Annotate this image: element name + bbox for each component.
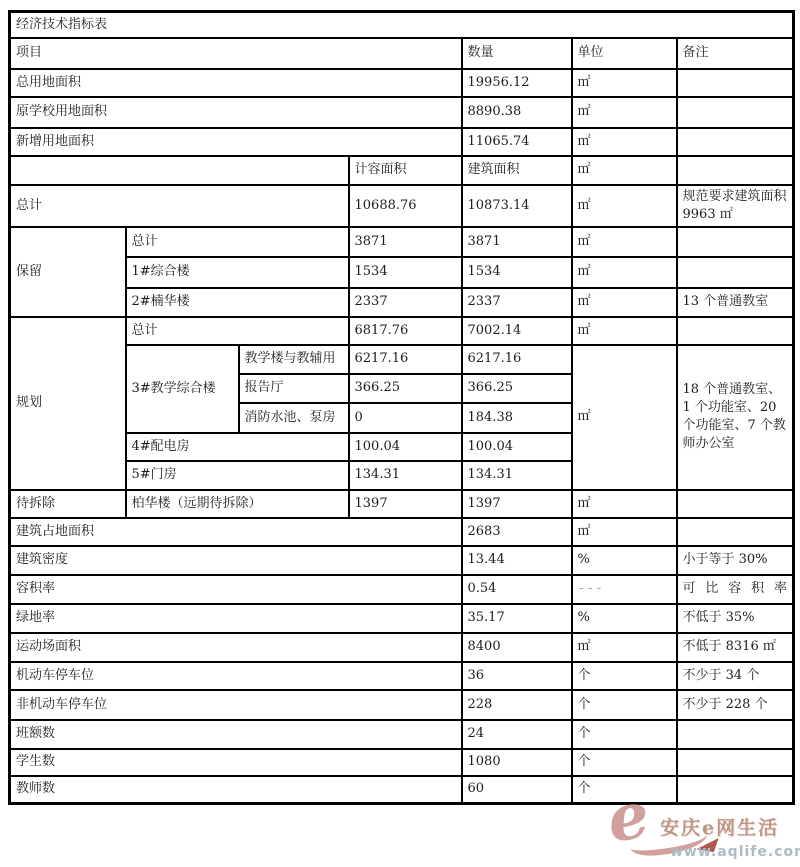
table-cell: 不少于 228 个 [677, 690, 794, 720]
table-cell: 60 [462, 776, 572, 804]
table-row: 总计10688.7610873.14㎡规范要求建筑面积 9963 ㎡ [10, 185, 794, 227]
col-header-unit: 单位 [572, 38, 677, 69]
table-cell: 教学楼与教辅用 [239, 345, 349, 374]
watermark-site-url: www.aqlife.com [670, 844, 800, 860]
table-cell [677, 749, 794, 776]
table-cell: 非机动车停车位 [10, 690, 462, 720]
indicators-table: 经济技术指标表项目数量单位备注总用地面积19956.12㎡原学校用地面积8890… [8, 10, 795, 805]
page: { "table": { "title": "经济技术指标表", "unit_a… [0, 0, 800, 867]
table-cell: ㎡ [572, 156, 677, 185]
section-label-to-demolish: 待拆除 [10, 490, 126, 518]
table-cell: 366.25 [462, 374, 572, 403]
table-row: 3#教学综合楼教学楼与教辅用6217.166217.16㎡18 个普通教室、1 … [10, 345, 794, 374]
table-cell: 1#综合楼 [126, 257, 349, 288]
table-cell: 1080 [462, 749, 572, 776]
table-cell: ㎡ [572, 345, 677, 490]
table-cell: 班额数 [10, 720, 462, 749]
table-cell: ㎡ [572, 288, 677, 317]
table-cell: 2337 [462, 288, 572, 317]
col-header-quantity: 数量 [462, 38, 572, 69]
table-cell: 个 [572, 720, 677, 749]
table-cell: 10688.76 [349, 185, 462, 227]
table-cell [677, 97, 794, 128]
table-cell: 1397 [349, 490, 462, 518]
table-cell: 11065.74 [462, 128, 572, 156]
table-cell [677, 317, 794, 345]
table-row: 1#综合楼15341534㎡ [10, 257, 794, 288]
table-cell: 10873.14 [462, 185, 572, 227]
table-cell: 新增用地面积 [10, 128, 462, 156]
table-cell: 不低于 35% [677, 604, 794, 633]
col-header-plot-area: 计容面积 [349, 156, 462, 185]
table-cell: 1534 [462, 257, 572, 288]
table-cell: 100.04 [462, 433, 572, 461]
table-cell [677, 776, 794, 804]
table-cell: ㎡ [572, 518, 677, 546]
table-row: 运动场面积8400㎡不低于 8316 ㎡ [10, 633, 794, 662]
table-row: 班额数24个 [10, 720, 794, 749]
table-cell: 3#教学综合楼 [126, 345, 239, 433]
watermark-arrow-icon [695, 838, 721, 855]
table-cell: ㎡ [572, 97, 677, 128]
table-cell: 原学校用地面积 [10, 97, 462, 128]
table-cell: 个 [572, 776, 677, 804]
table-cell: 0.54 [462, 575, 572, 604]
watermark-site-name: 安庆e网生活 [660, 818, 800, 838]
table-row: 经济技术指标表 [10, 12, 794, 38]
table-cell: 184.38 [462, 403, 572, 433]
table-cell: 规范要求建筑面积 9963 ㎡ [677, 185, 794, 227]
table-cell: 柏华楼（远期待拆除） [126, 490, 349, 518]
table-cell [677, 490, 794, 518]
table-cell: 36 [462, 662, 572, 690]
table-cell: 100.04 [349, 433, 462, 461]
table-cell: 运动场面积 [10, 633, 462, 662]
table-cell: 19956.12 [462, 69, 572, 97]
table-cell: 绿地率 [10, 604, 462, 633]
table-cell: ㎡ [572, 490, 677, 518]
table-cell: 2#楠华楼 [126, 288, 349, 317]
table-cell [677, 257, 794, 288]
table-row: 2#楠华楼23372337㎡13 个普通教室 [10, 288, 794, 317]
table-cell [677, 156, 794, 185]
table-cell: % [572, 604, 677, 633]
table-cell: 7002.14 [462, 317, 572, 345]
table-row: 保留总计38713871㎡ [10, 227, 794, 257]
table-cell: ㎡ [572, 128, 677, 156]
table-row: 非机动车停车位228个不少于 228 个 [10, 690, 794, 720]
table-cell: 3871 [462, 227, 572, 257]
table-cell: 建筑占地面积 [10, 518, 462, 546]
table-cell: 2337 [349, 288, 462, 317]
table-cell: 机动车停车位 [10, 662, 462, 690]
table-title: 经济技术指标表 [10, 12, 794, 38]
table-cell: 134.31 [462, 461, 572, 490]
table-cell [677, 720, 794, 749]
table-cell: 总计 [126, 227, 349, 257]
table-cell: 小于等于 30% [677, 546, 794, 575]
table-cell: --- [572, 575, 677, 604]
table-row: 总用地面积19956.12㎡ [10, 69, 794, 97]
table-cell: 0 [349, 403, 462, 433]
table-row: 新增用地面积11065.74㎡ [10, 128, 794, 156]
section-label-planned: 规划 [10, 317, 126, 490]
table-cell: 35.17 [462, 604, 572, 633]
table-cell [677, 128, 794, 156]
table-cell: ㎡ [572, 633, 677, 662]
table-cell: 6217.16 [462, 345, 572, 374]
table-cell: 8890.38 [462, 97, 572, 128]
table-cell [10, 156, 349, 185]
table-row: 容积率0.54---可 比 容 积 率 [10, 575, 794, 604]
col-header-remark: 备注 [677, 38, 794, 69]
table-row: 计容面积建筑面积㎡ [10, 156, 794, 185]
table-cell: 总计 [126, 317, 349, 345]
table-cell: 228 [462, 690, 572, 720]
table-cell: 建筑密度 [10, 546, 462, 575]
section-label-retained: 保留 [10, 227, 126, 317]
table-cell: 不少于 34 个 [677, 662, 794, 690]
table-cell: 报告厅 [239, 374, 349, 403]
table-cell: 24 [462, 720, 572, 749]
table-cell: ㎡ [572, 69, 677, 97]
table-cell: 个 [572, 662, 677, 690]
indicators-table-body: 经济技术指标表项目数量单位备注总用地面积19956.12㎡原学校用地面积8890… [10, 12, 794, 804]
table-cell: 个 [572, 690, 677, 720]
table-cell: 消防水池、泵房 [239, 403, 349, 433]
table-cell: 不低于 8316 ㎡ [677, 633, 794, 662]
table-cell: ㎡ [572, 227, 677, 257]
table-cell: 容积率 [10, 575, 462, 604]
table-cell [677, 69, 794, 97]
col-header-item: 项目 [10, 38, 462, 69]
table-cell [677, 518, 794, 546]
table-cell: 366.25 [349, 374, 462, 403]
table-row: 绿地率35.17%不低于 35% [10, 604, 794, 633]
table-row: 学生数1080个 [10, 749, 794, 776]
table-cell: 学生数 [10, 749, 462, 776]
table-cell: ㎡ [572, 257, 677, 288]
table-cell: 18 个普通教室、1 个功能室、20 个功能室、7 个教师办公室 [677, 345, 794, 490]
table-cell: 6817.76 [349, 317, 462, 345]
col-header-building-area: 建筑面积 [462, 156, 572, 185]
table-cell: 5#门房 [126, 461, 349, 490]
table-row: 建筑密度13.44%小于等于 30% [10, 546, 794, 575]
watermark-swoosh-icon [629, 823, 710, 858]
table-cell: 13 个普通教室 [677, 288, 794, 317]
table-cell [677, 227, 794, 257]
table-cell: % [572, 546, 677, 575]
table-cell: 4#配电房 [126, 433, 349, 461]
table-cell: 13.44 [462, 546, 572, 575]
table-row: 机动车停车位36个不少于 34 个 [10, 662, 794, 690]
table-cell: 2683 [462, 518, 572, 546]
table-cell: 教师数 [10, 776, 462, 804]
table-row: 待拆除柏华楼（远期待拆除）13971397㎡ [10, 490, 794, 518]
table-cell: 134.31 [349, 461, 462, 490]
table-cell: 3871 [349, 227, 462, 257]
table-cell: ㎡ [572, 185, 677, 227]
table-row: 教师数60个 [10, 776, 794, 804]
table-cell: 1397 [462, 490, 572, 518]
table-cell: 可 比 容 积 率 [677, 575, 794, 604]
table-cell: 1534 [349, 257, 462, 288]
table-cell: ㎡ [572, 317, 677, 345]
table-row: 规划总计6817.767002.14㎡ [10, 317, 794, 345]
table-cell: 总用地面积 [10, 69, 462, 97]
table-row: 原学校用地面积8890.38㎡ [10, 97, 794, 128]
table-row: 建筑占地面积2683㎡ [10, 518, 794, 546]
table-cell: 总计 [10, 185, 349, 227]
table-cell: 个 [572, 749, 677, 776]
table-cell: 8400 [462, 633, 572, 662]
table-cell: 6217.16 [349, 345, 462, 374]
table-row: 项目数量单位备注 [10, 38, 794, 69]
